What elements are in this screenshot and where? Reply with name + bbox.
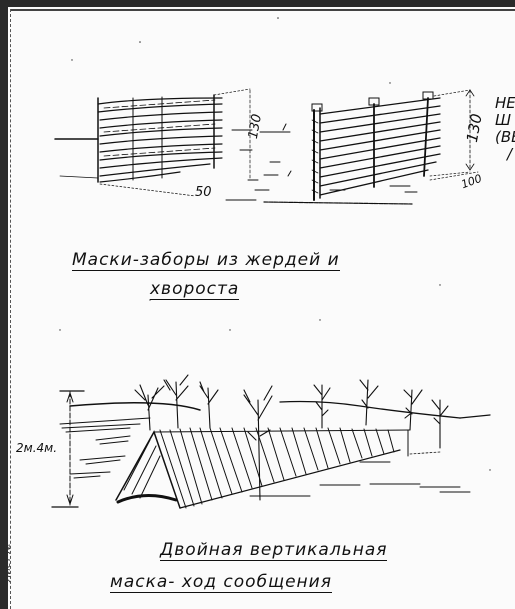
illustrations (8, 7, 515, 609)
margin-sheet-number: Лист № (8, 543, 13, 582)
fence-masks-caption-line1: Маски-заборы из жердей и (72, 251, 340, 271)
side-note-line: (ВЬ (495, 129, 515, 146)
pole-fence-drawing (264, 90, 478, 204)
side-note-line: НЕ (495, 95, 515, 112)
double-vertical-mask-drawing (52, 375, 490, 508)
wattle-fence-drawing (55, 89, 291, 200)
wattle-spacing-label: 50 (195, 185, 212, 200)
double-mask-caption-line2: маска- ход сообщения (110, 573, 332, 593)
double-mask-caption-line1: Двойная вертикальная (160, 541, 387, 561)
mask-height-label: 2м.4м. (16, 441, 57, 455)
side-note-line: Ш (495, 112, 515, 129)
side-note-line: / (495, 146, 515, 163)
fence-masks-caption-line2: хвороста (150, 280, 239, 300)
side-note-cutoff: НЕ Ш (ВЬ / (495, 95, 515, 163)
scanned-document-page: 130 50 130 100 НЕ Ш (ВЬ / Маски-заборы и… (8, 7, 515, 609)
